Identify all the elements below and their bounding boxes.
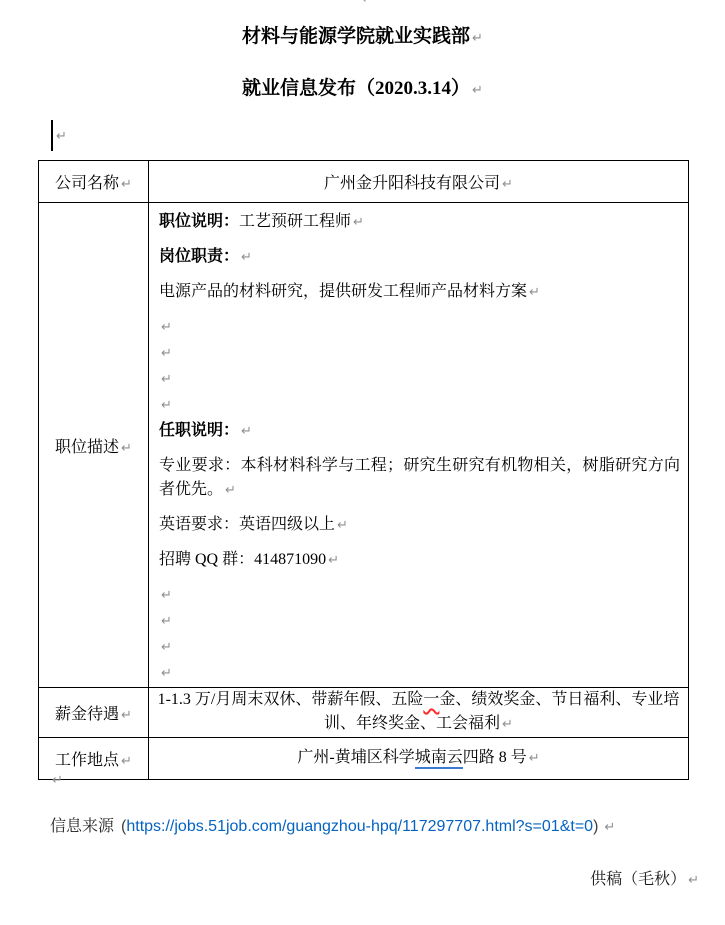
paragraph-mark-icon: ↵: [161, 666, 172, 681]
source-label: 信息来源: [50, 818, 114, 835]
english-requirement-text: 英语要求：英语四级以上: [159, 516, 335, 533]
paragraph-mark-icon: ↵: [241, 424, 252, 439]
paragraph-mark-icon: ↵: [161, 588, 172, 603]
location-value-cell: 广州-黄埔区科学城南云四路 8 号↵: [149, 738, 689, 780]
paragraph-mark-icon: ↵: [472, 31, 483, 46]
location-text: 四路 8 号: [463, 749, 527, 766]
paragraph-mark-icon: ↵: [56, 129, 67, 144]
paragraph-mark-icon: ↵: [161, 346, 172, 361]
info-source-line: 信息来源(https://jobs.51job.com/guangzhou-hp…: [50, 813, 615, 836]
paragraph-mark-icon: ↵: [161, 398, 172, 413]
empty-paragraph: ↵: [159, 661, 680, 685]
table-row-job-description: 职位描述↵ 职位说明：工艺预研工程师↵ 岗位职责：↵ 电源产品的材料研究，提供研…: [39, 203, 689, 688]
text-caret: [51, 120, 53, 151]
salary-value-cell: 1-1.3 万/月周末双休、带薪年假、五险一金、绩效奖金、节日福利、专业培训、年…: [149, 688, 689, 738]
table-row-location: 工作地点↵ 广州-黄埔区科学城南云四路 8 号↵: [39, 738, 689, 780]
empty-paragraph-line[interactable]: ↵: [51, 120, 81, 152]
qualification-heading-paragraph: 任职说明：↵: [159, 419, 680, 444]
paragraph-mark-icon: ↵: [161, 614, 172, 629]
company-name: 广州金升阳科技有限公司: [324, 175, 500, 192]
paragraph-mark-icon: ↵: [529, 751, 540, 766]
paragraph-mark-icon: ↵: [241, 250, 252, 265]
title-text: 就业信息发布（2020.3.14）: [242, 78, 470, 99]
title-text: 材料与能源学院就业实践部: [242, 26, 470, 47]
source-url-link[interactable]: https://jobs.51job.com/guangzhou-hpq/117…: [126, 818, 593, 835]
row-label: 薪金待遇: [55, 706, 119, 723]
byline-text: 供稿（毛秋）: [590, 871, 686, 888]
document-title-line2: 就业信息发布（2020.3.14）↵: [0, 78, 725, 102]
company-name-value-cell: 广州金升阳科技有限公司↵: [149, 161, 689, 203]
company-name-label-cell: 公司名称↵: [39, 161, 149, 203]
salary-spellcheck-text: 一: [423, 691, 439, 708]
duty-text-paragraph: 电源产品的材料研究，提供研发工程师产品材料方案↵: [159, 280, 680, 305]
paragraph-mark-icon: ↵: [502, 177, 513, 192]
location-text: 广州-黄埔区科学: [297, 749, 414, 766]
paragraph-mark-icon: ↵: [353, 215, 364, 230]
english-requirement-paragraph: 英语要求：英语四级以上↵: [159, 513, 680, 538]
paragraph-mark-icon: ↵: [121, 177, 132, 192]
close-paren: ): [593, 818, 598, 835]
word-document-page: ↵ 材料与能源学院就业实践部↵ 就业信息发布（2020.3.14）↵ ↵ 公司名…: [0, 0, 725, 925]
salary-label-cell: 薪金待遇↵: [39, 688, 149, 738]
paragraph-mark-icon: ↵: [161, 640, 172, 655]
position-label: 职位说明：: [159, 213, 239, 230]
empty-paragraph: ↵: [159, 635, 680, 659]
paragraph-mark-icon: ↵: [502, 717, 513, 732]
empty-paragraph: ↵: [159, 583, 680, 607]
qualification-label: 任职说明：: [159, 422, 239, 439]
empty-paragraph: ↵: [159, 393, 680, 417]
empty-paragraph: ↵: [159, 609, 680, 633]
paragraph-mark-icon: ↵: [362, 0, 373, 7]
qq-group-text: 招聘 QQ 群：414871090: [159, 551, 326, 568]
duty-text: 电源产品的材料研究，提供研发工程师产品材料方案: [159, 283, 527, 300]
document-title-line1: 材料与能源学院就业实践部↵: [0, 26, 725, 50]
row-label: 公司名称: [55, 175, 119, 192]
table-row-salary: 薪金待遇↵ 1-1.3 万/月周末双休、带薪年假、五险一金、绩效奖金、节日福利、…: [39, 688, 689, 738]
duty-label: 岗位职责：: [159, 248, 239, 265]
empty-paragraph: ↵: [159, 315, 680, 339]
paragraph-mark-icon: ↵: [52, 773, 63, 788]
location-grammar-check-text: 城南云: [415, 749, 463, 769]
paragraph-mark-icon: ↵: [161, 372, 172, 387]
row-label: 工作地点: [55, 752, 119, 769]
job-description-label-cell: 职位描述↵: [39, 203, 149, 688]
paragraph-mark-icon: ↵: [161, 320, 172, 335]
paragraph-mark-icon: ↵: [328, 553, 339, 568]
paragraph-mark-icon: ↵: [337, 518, 348, 533]
paragraph-mark-icon: ↵: [529, 285, 540, 300]
paragraph-mark-icon: ↵: [225, 483, 236, 498]
job-info-table: 公司名称↵ 广州金升阳科技有限公司↵ 职位描述↵ 职位说明：工艺预研工程师↵ 岗…: [38, 160, 689, 780]
empty-paragraph: ↵: [159, 341, 680, 365]
position-title-paragraph: 职位说明：工艺预研工程师↵: [159, 210, 680, 235]
paragraph-mark-icon: ↵: [121, 441, 132, 456]
paragraph-mark-icon: ↵: [121, 754, 132, 769]
position-value: 工艺预研工程师: [239, 213, 351, 230]
qq-group-paragraph: 招聘 QQ 群：414871090↵: [159, 548, 680, 573]
job-description-content-cell: 职位说明：工艺预研工程师↵ 岗位职责：↵ 电源产品的材料研究，提供研发工程师产品…: [149, 203, 689, 688]
empty-paragraph: ↵: [159, 367, 680, 391]
table-row-company: 公司名称↵ 广州金升阳科技有限公司↵: [39, 161, 689, 203]
duty-heading-paragraph: 岗位职责：↵: [159, 245, 680, 270]
paragraph-mark-icon: ↵: [121, 708, 132, 723]
major-requirement-paragraph: 专业要求：本科材料科学与工程；研究生研究有机物相关，树脂研究方向者优先。↵: [159, 454, 680, 503]
major-requirement-text: 专业要求：本科材料科学与工程；研究生研究有机物相关，树脂研究方向者优先。: [159, 457, 680, 498]
paragraph-mark-icon: ↵: [472, 83, 483, 98]
paragraph-mark-icon: ↵: [604, 820, 615, 835]
row-label: 职位描述: [55, 439, 119, 456]
salary-text: 1-1.3 万/月周末双休、带薪年假、五险: [158, 691, 424, 708]
contributor-byline: 供稿（毛秋）↵: [590, 866, 699, 889]
paragraph-mark-icon: ↵: [688, 873, 699, 888]
